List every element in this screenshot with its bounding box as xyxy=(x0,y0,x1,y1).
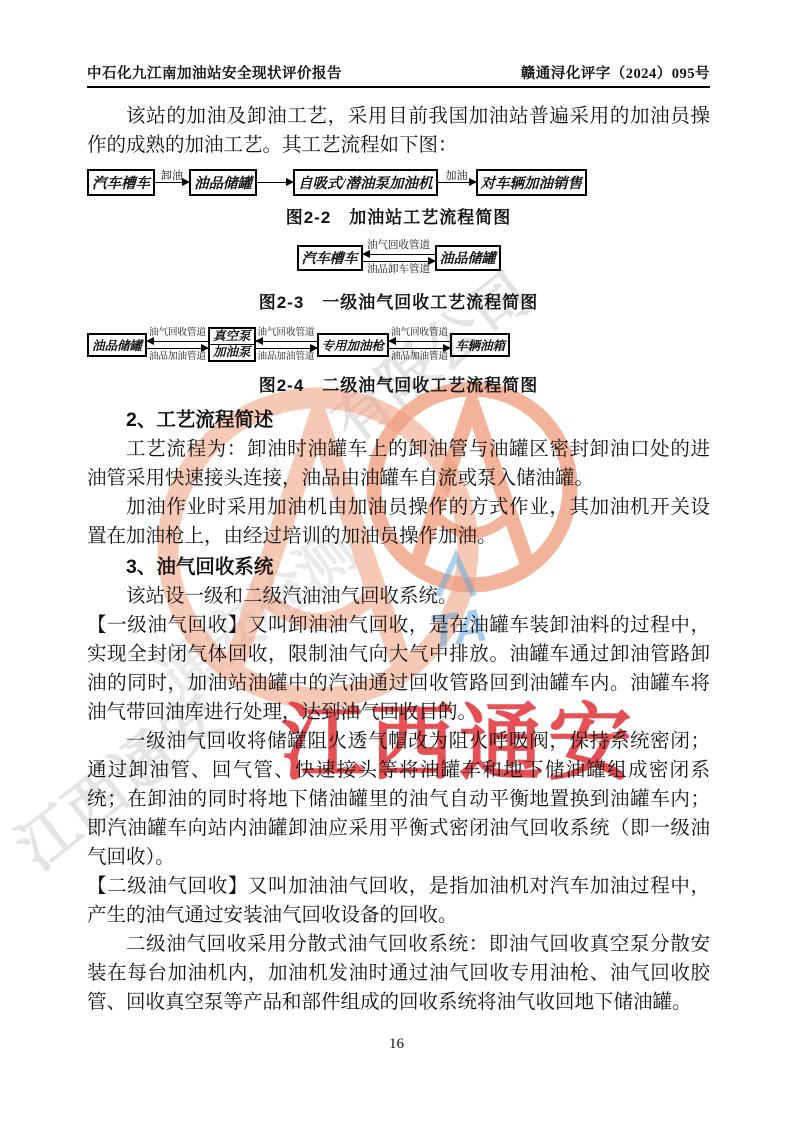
arrow-refuel: 加油 xyxy=(438,170,476,195)
oil-filling-pipe-label: 油品加油管道 xyxy=(258,351,315,362)
arrow-line-right xyxy=(257,182,293,183)
figure-2-2-flow-diagram: 汽车槽车 卸油 油品储罐 自吸式/潜油泵加油机 加油 对车辆加油销售 xyxy=(87,169,710,196)
flow-box-dispenser-pump: 自吸式/潜油泵加油机 xyxy=(293,169,438,196)
oil-filling-pipe-label: 油品加油管道 xyxy=(149,351,206,362)
flow-box-vacuum-and-fuel-pump: 真空泵 加油泵 xyxy=(208,327,256,362)
arrow-line-right xyxy=(389,348,450,349)
arrow-line-right xyxy=(155,182,189,183)
arrow-line-right xyxy=(363,261,435,262)
flow-box-oil-storage-tank: 油品储罐 xyxy=(87,333,147,357)
page-header: 中石化九江南加油站安全现状评价报告 赣通浔化评字（2024）095号 xyxy=(87,62,710,88)
figure-2-3-caption: 图2-3 一级油气回收工艺流程简图 xyxy=(87,288,710,313)
figure-2-4-caption: 图2-4 二级油气回收工艺流程简图 xyxy=(87,371,710,396)
figure-2-4-flow-diagram: 油品储罐 油气回收管道 油品加油管道 真空泵 加油泵 油气回收管道 油品加油管道… xyxy=(87,327,710,362)
arrow-line-right xyxy=(147,348,208,349)
arrow-line-right xyxy=(438,182,476,183)
dual-arrow-pipes: 油气回收管道 油品加油管道 xyxy=(256,327,317,362)
oil-unloading-pipe-label: 油品卸车管道 xyxy=(367,264,430,275)
dual-arrow-pipes: 油气回收管道 油品加油管道 xyxy=(389,327,450,362)
flow-box-tanker-truck: 汽车槽车 xyxy=(297,245,363,271)
vapor-recovery-pipe-label: 油气回收管道 xyxy=(367,240,430,251)
section-3-paragraph-2: 【一级油气回收】又叫卸油油气回收，是在油罐车装卸油料的过程中，实现全封闭气体回收… xyxy=(87,611,710,727)
section-3-paragraph-4: 【二级油气回收】又叫加油油气回收，是指加油机对汽车加油过程中，产生的油气通过安装… xyxy=(87,872,710,930)
flow-box-dedicated-nozzle: 专用加油枪 xyxy=(317,333,390,357)
arrow-line-right xyxy=(256,348,317,349)
vapor-recovery-pipe-label: 油气回收管道 xyxy=(258,327,315,338)
intro-paragraph: 该站的加油及卸油工艺，采用目前我国加油站普遍采用的加油员操作的成熟的加油工艺。其… xyxy=(87,102,710,160)
page-number: 16 xyxy=(0,1036,793,1053)
arrow-unload-oil: 卸油 xyxy=(155,170,189,195)
arrow-line-left xyxy=(389,341,450,342)
flow-box-tanker-truck: 汽车槽车 xyxy=(87,169,155,196)
figure-2-2-caption: 图2-2 加油站工艺流程简图 xyxy=(87,203,710,228)
arrow-line-left xyxy=(256,341,317,342)
arrow-line-left xyxy=(363,254,435,255)
flow-box-oil-storage-tank: 油品储罐 xyxy=(435,245,501,271)
document-page: 有限公司 江西通安 通安检测 TA 江西通安 中石化九江 xyxy=(0,0,793,1122)
flow-box-vehicle-sales: 对车辆加油销售 xyxy=(476,169,588,196)
vapor-recovery-pipe-label: 油气回收管道 xyxy=(149,327,206,338)
section-2-paragraph-2: 加油作业时采用加油机由加油员操作的方式作业，其加油机开关设置在加油枪上，由经过培… xyxy=(87,493,710,551)
arrow-plain xyxy=(257,170,293,195)
section-3-paragraph-5: 二级油气回收采用分散式油气回收系统：即油气回收真空泵分散安装在每台加油机内，加油… xyxy=(87,930,710,1017)
arrow-label: 加油 xyxy=(446,170,468,182)
section-3-heading: 3、油气回收系统 xyxy=(87,553,710,582)
section-2-paragraph-1: 工艺流程为：卸油时油罐车上的卸油管与油罐区密封卸油口处的进油管采用快速接头连接，… xyxy=(87,435,710,493)
flow-box-oil-storage-tank: 油品储罐 xyxy=(189,169,257,196)
vacuum-pump-label: 真空泵 xyxy=(210,329,254,344)
section-2-heading: 2、工艺流程简述 xyxy=(87,406,710,435)
fuel-pump-label: 加油泵 xyxy=(210,344,254,360)
header-report-title: 中石化九江南加油站安全现状评价报告 xyxy=(87,62,342,83)
flow-box-vehicle-fuel-tank: 车辆油箱 xyxy=(450,333,510,357)
dual-arrow-pipes: 油气回收管道 油品加油管道 xyxy=(147,327,208,362)
page-content: 中石化九江南加油站安全现状评价报告 赣通浔化评字（2024）095号 该站的加油… xyxy=(87,62,710,1017)
section-3-paragraph-1: 该站设一级和二级汽油油气回收系统。 xyxy=(87,582,710,611)
vapor-recovery-pipe-label: 油气回收管道 xyxy=(391,327,448,338)
oil-filling-pipe-label: 油品加油管道 xyxy=(391,351,448,362)
dual-arrow-pipes: 油气回收管道 油品卸车管道 xyxy=(363,240,435,275)
arrow-line-left xyxy=(147,341,208,342)
header-doc-number: 赣通浔化评字（2024）095号 xyxy=(521,62,710,83)
arrow-label: 卸油 xyxy=(161,170,183,182)
section-3-paragraph-3: 一级油气回收将储罐阻火透气帽改为阻火呼吸阀，保持系统密闭；通过卸油管、回气管、快… xyxy=(87,727,710,872)
figure-2-3-flow-diagram: 汽车槽车 油气回收管道 油品卸车管道 油品储罐 xyxy=(87,240,710,275)
